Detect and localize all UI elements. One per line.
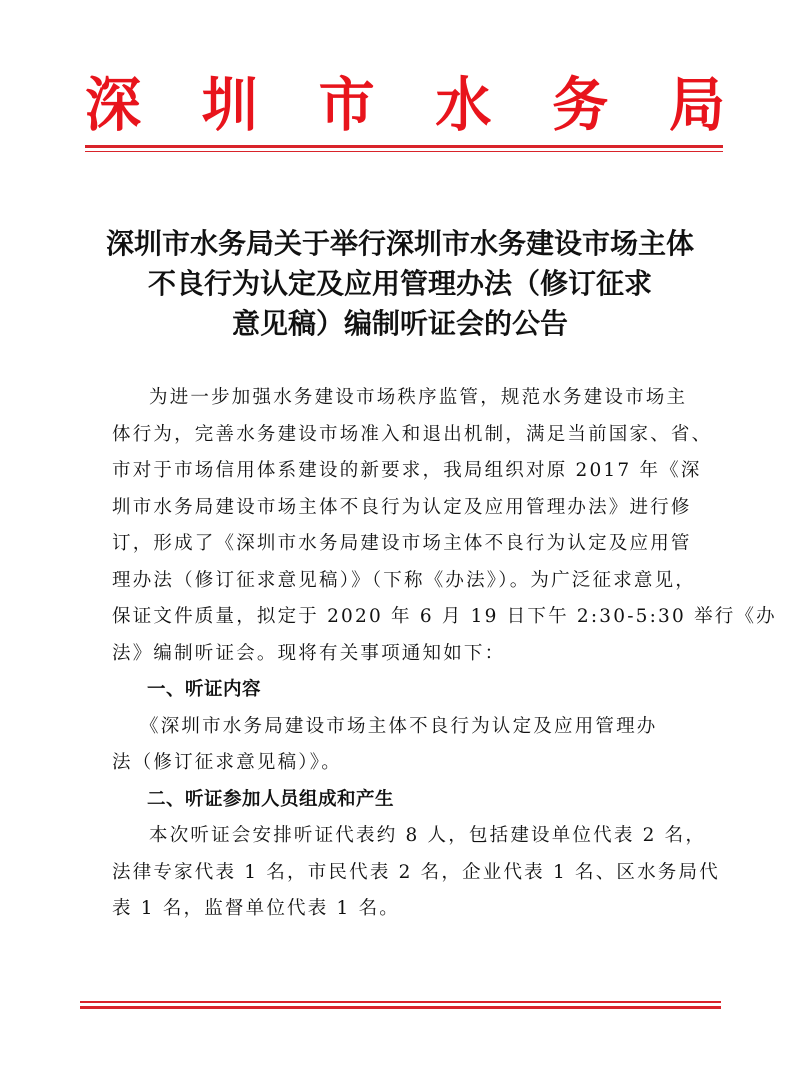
intro-line: 订，形成了《深圳市水务局建设市场主体不良行为认定及应用管 (112, 526, 702, 563)
title-line: 深圳市水务局关于举行深圳市水务建设市场主体 (100, 224, 700, 264)
masthead: 深 圳 市 水 务 局 (85, 70, 725, 140)
section1-line: 《深圳市水务局建设市场主体不良行为认定及应用管理办 (112, 709, 702, 746)
masthead-char: 市 (319, 68, 375, 142)
footer-rule-thick (80, 1006, 721, 1009)
masthead-char: 局 (669, 68, 725, 142)
section2-line: 法律专家代表 1 名，市民代表 2 名，企业代表 1 名、区水务局代 (112, 855, 702, 892)
intro-line: 圳市水务局建设市场主体不良行为认定及应用管理办法》进行修 (112, 490, 702, 527)
intro-line: 法》编制听证会。现将有关事项通知如下： (112, 636, 702, 673)
header-rule-thin (85, 151, 723, 152)
masthead-char: 水 (435, 68, 491, 142)
section2-line: 表 1 名，监督单位代表 1 名。 (112, 891, 702, 928)
masthead-char: 务 (552, 68, 608, 142)
masthead-char: 深 (85, 68, 141, 142)
footer-rule-thin (80, 1001, 721, 1003)
title-line: 意见稿）编制听证会的公告 (100, 304, 700, 344)
header-rule-thick (85, 145, 723, 148)
section-heading-2: 二、听证参加人员组成和产生 (112, 782, 702, 819)
intro-line: 理办法（修订征求意见稿）》（下称《办法》）。为广泛征求意见， (112, 563, 702, 600)
section2-line: 本次听证会安排听证代表约 8 人，包括建设单位代表 2 名， (112, 818, 702, 855)
title-line: 不良行为认定及应用管理办法（修订征求 (100, 264, 700, 304)
document-title: 深圳市水务局关于举行深圳市水务建设市场主体 不良行为认定及应用管理办法（修订征求… (100, 224, 700, 344)
intro-line: 市对于市场信用体系建设的新要求，我局组织对原 2017 年《深 (112, 453, 702, 490)
masthead-char: 圳 (202, 68, 258, 142)
intro-line: 为进一步加强水务建设市场秩序监管，规范水务建设市场主 (112, 380, 702, 417)
intro-line: 保证文件质量，拟定于 2020 年 6 月 19 日下午 2:30-5:30 举… (112, 599, 702, 636)
intro-line: 体行为，完善水务建设市场准入和退出机制，满足当前国家、省、 (112, 417, 702, 454)
section1-line: 法（修订征求意见稿）》。 (112, 745, 702, 782)
document-body: 为进一步加强水务建设市场秩序监管，规范水务建设市场主 体行为，完善水务建设市场准… (112, 380, 702, 928)
section-heading-1: 一、听证内容 (112, 672, 702, 709)
